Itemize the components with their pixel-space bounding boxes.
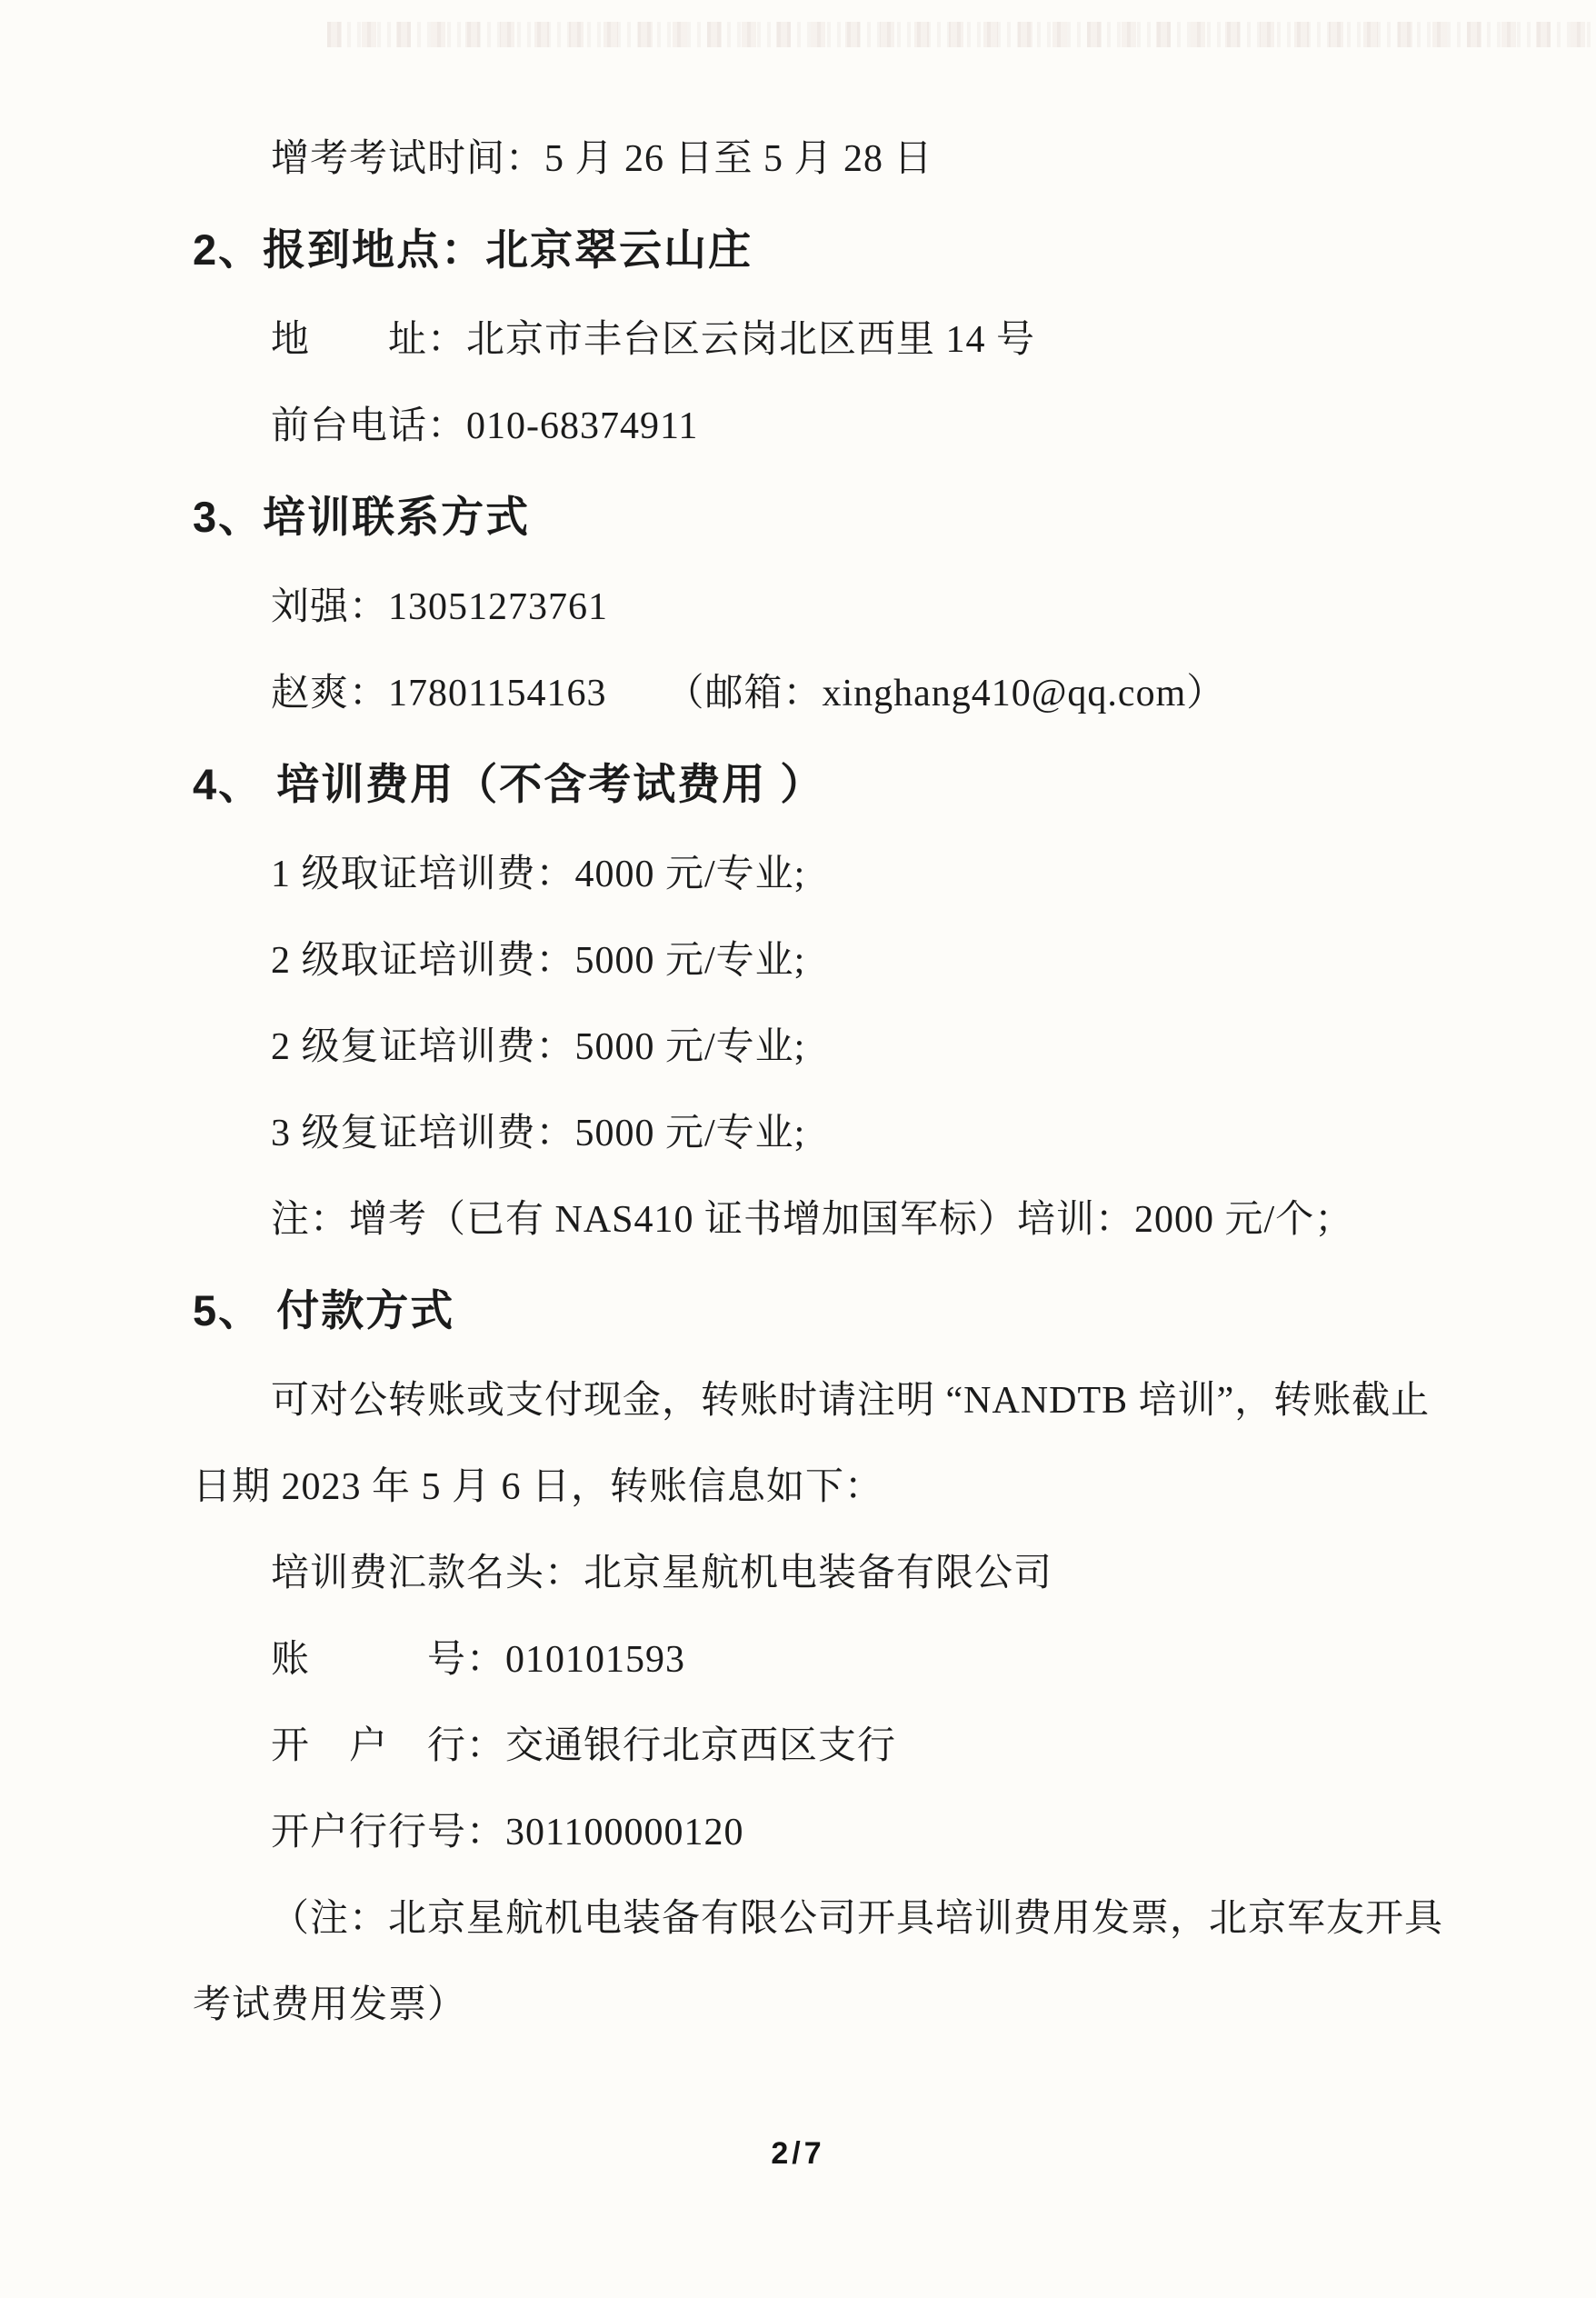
line-invoice-note-2: 考试费用发票） xyxy=(193,1963,1451,2049)
document-body: 增考考试时间：5 月 26 日至 5 月 28 日 2、报到地点：北京翠云山庄 … xyxy=(193,116,1451,2049)
line-bank-branch-number: 开户行行号：301100000120 xyxy=(193,1790,1451,1876)
line-fee-level3-recert: 3 级复证培训费：5000 元/专业; xyxy=(193,1091,1451,1177)
page-number: 2/7 xyxy=(0,2136,1596,2172)
line-fee-level2-cert: 2 级取证培训费：5000 元/专业; xyxy=(193,918,1451,1004)
document-page: 增考考试时间：5 月 26 日至 5 月 28 日 2、报到地点：北京翠云山庄 … xyxy=(0,0,1596,2298)
line-contact-liuqiang: 刘强：13051273761 xyxy=(193,565,1451,651)
line-bank-name: 开 户 行：交通银行北京西区支行 xyxy=(193,1704,1451,1790)
line-contact-zhaoshuang: 赵爽：17801154163 （邮箱：xinghang410@qq.com） xyxy=(193,651,1451,737)
line-front-desk-phone: 前台电话：010-68374911 xyxy=(193,384,1451,470)
line-address: 地 址：北京市丰台区云岗北区西里 14 号 xyxy=(193,297,1451,384)
line-invoice-note-1: （注：北京星航机电装备有限公司开具培训费用发票，北京军友开具 xyxy=(193,1876,1451,1963)
line-payment-para-2: 日期 2023 年 5 月 6 日，转账信息如下： xyxy=(193,1444,1451,1531)
scan-noise-band xyxy=(327,22,1596,47)
line-fee-note: 注：增考（已有 NAS410 证书增加国军标）培训：2000 元/个； xyxy=(193,1177,1451,1264)
line-fee-level2-recert: 2 级复证培训费：5000 元/专业; xyxy=(193,1004,1451,1091)
heading-report-location: 2、报到地点：北京翠云山庄 xyxy=(193,203,1451,297)
line-account-number: 账 号：010101593 xyxy=(193,1617,1451,1704)
heading-training-fee: 4、 培训费用（不含考试费用 ） xyxy=(193,737,1451,832)
heading-training-contact: 3、培训联系方式 xyxy=(193,470,1451,565)
line-payment-para-1: 可对公转账或支付现金，转账时请注明 “NANDTB 培训”，转账截止 xyxy=(193,1358,1451,1444)
line-fee-level1-cert: 1 级取证培训费：4000 元/专业; xyxy=(193,832,1451,918)
heading-payment-method: 5、 付款方式 xyxy=(193,1264,1451,1358)
line-makeup-exam-time: 增考考试时间：5 月 26 日至 5 月 28 日 xyxy=(193,116,1451,203)
line-remittance-name: 培训费汇款名头：北京星航机电装备有限公司 xyxy=(193,1531,1451,1617)
